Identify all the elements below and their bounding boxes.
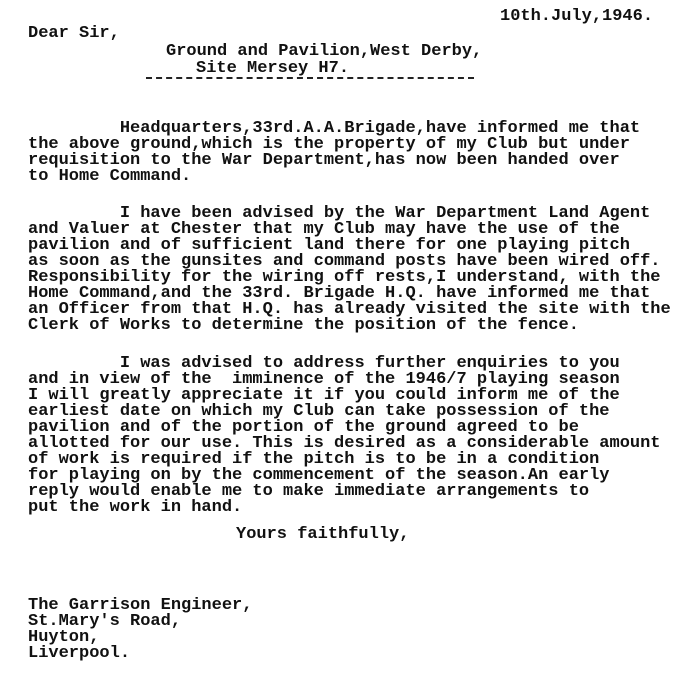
paragraph-line: to Home Command.	[28, 169, 640, 185]
address-line: Liverpool.	[28, 646, 252, 662]
paragraph-1: Headquarters,33rd.A.A.Brigade,have infor…	[28, 121, 640, 185]
subject-line-2: Site Mersey H7.	[196, 61, 349, 77]
paragraph-2: I have been advised by the War Departmen…	[28, 206, 671, 334]
subject-line-1: Ground and Pavilion,West Derby,	[166, 44, 482, 60]
salutation: Dear Sir,	[28, 26, 120, 42]
paragraph-line: Clerk of Works to determine the position…	[28, 318, 671, 334]
letter-date: 10th.July,1946.	[500, 9, 653, 25]
closing: Yours faithfully,	[236, 527, 409, 543]
subject-underline	[146, 77, 474, 79]
paragraph-line: put the work in hand.	[28, 500, 661, 516]
typewritten-letter: 10th.July,1946. Dear Sir, Ground and Pav…	[0, 0, 688, 688]
paragraph-3: I was advised to address further enquiri…	[28, 356, 661, 516]
recipient-address: The Garrison Engineer, St.Mary's Road, H…	[28, 598, 252, 662]
